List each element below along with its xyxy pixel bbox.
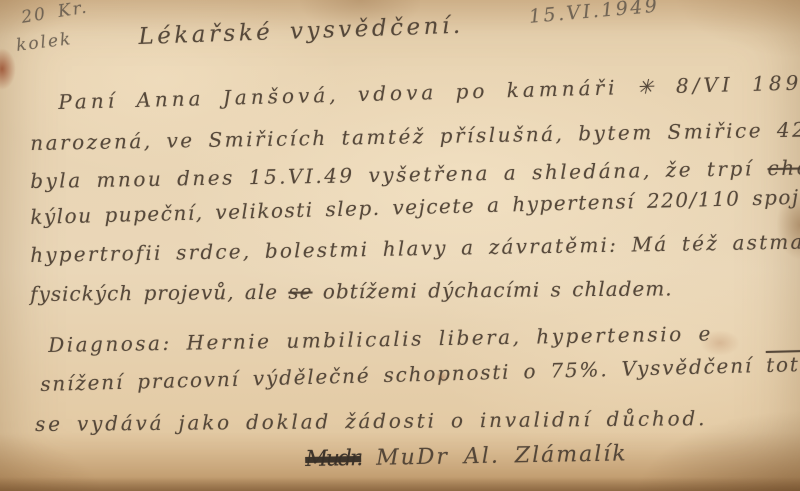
body-line-5: hypertrofii srdce, bolestmi hlavy a závr… (30, 229, 800, 267)
diagnosis-line-1: Diagnosa: Hernie umbilicalis libera, hyp… (48, 321, 713, 357)
document-title-text: Lékařské vysvědčení. (138, 13, 464, 50)
signature-line-text: Mudr. (305, 446, 361, 472)
body-line-3-text: chorobou (767, 154, 800, 180)
body-line-2: narozená, ve Smiřicích tamtéž příslušná,… (30, 117, 800, 155)
document-title: Lékařské vysvědčení. (138, 13, 464, 50)
body-line-3-text: byla mnou dnes 15.VI.49 vyšetřena a shle… (30, 156, 768, 193)
stamp-note-line-1-text: 20 Kr. (20, 0, 90, 28)
stamp-note-line-2: kolek (15, 29, 73, 56)
bottom-edge-shadow (0, 477, 800, 491)
red-stain (0, 48, 16, 90)
body-line-6-text: fysických projevů, ale (30, 280, 288, 306)
date-top-right: 15.VI.1949 (528, 0, 660, 28)
body-line-5-text: hypertrofii srdce, bolestmi hlavy a závr… (30, 229, 800, 267)
signature-line-text: MuDr Al. Zlámalík (361, 441, 628, 471)
diagnosis-line-3: se vydává jako doklad žádosti o invalidn… (35, 406, 707, 436)
document-paper: 20 Kr.kolek15.VI.1949Lékařské vysvědčení… (0, 0, 800, 491)
body-line-6-text: obtížemi dýchacími s chladem. (312, 276, 672, 303)
stamp-note-line-1: 20 Kr. (20, 0, 90, 28)
diagnosis-line-1-text: Diagnosa: Hernie umbilicalis libera, hyp… (48, 321, 713, 357)
diagnosis-line-2-text: snížení pracovní výdělečné schopnosti o … (40, 353, 766, 396)
body-line-1-text: Paní Anna Janšová, vdova po kamnáři ✳ 8/… (58, 70, 800, 114)
date-top-right-text: 15.VI.1 (528, 0, 617, 28)
stamp-note-line-2-text: kolek (15, 29, 73, 56)
diagnosis-line-2-text: toto (766, 352, 800, 377)
date-top-right-text: 949 (615, 0, 661, 20)
diagnosis-line-2: snížení pracovní výdělečné schopnosti o … (40, 352, 800, 396)
signature-line: Mudr. MuDr Al. Zlámalík (305, 441, 628, 472)
diagnosis-line-3-text: se vydává jako doklad žádosti o invalidn… (35, 406, 707, 436)
body-line-6: fysických projevů, ale se obtížemi dýcha… (30, 276, 673, 306)
body-line-6-text: se (288, 280, 312, 304)
body-line-2-text: narozená, ve Smiřicích tamtéž příslušná,… (30, 117, 800, 155)
body-line-1: Paní Anna Janšová, vdova po kamnáři ✳ 8/… (58, 70, 800, 114)
